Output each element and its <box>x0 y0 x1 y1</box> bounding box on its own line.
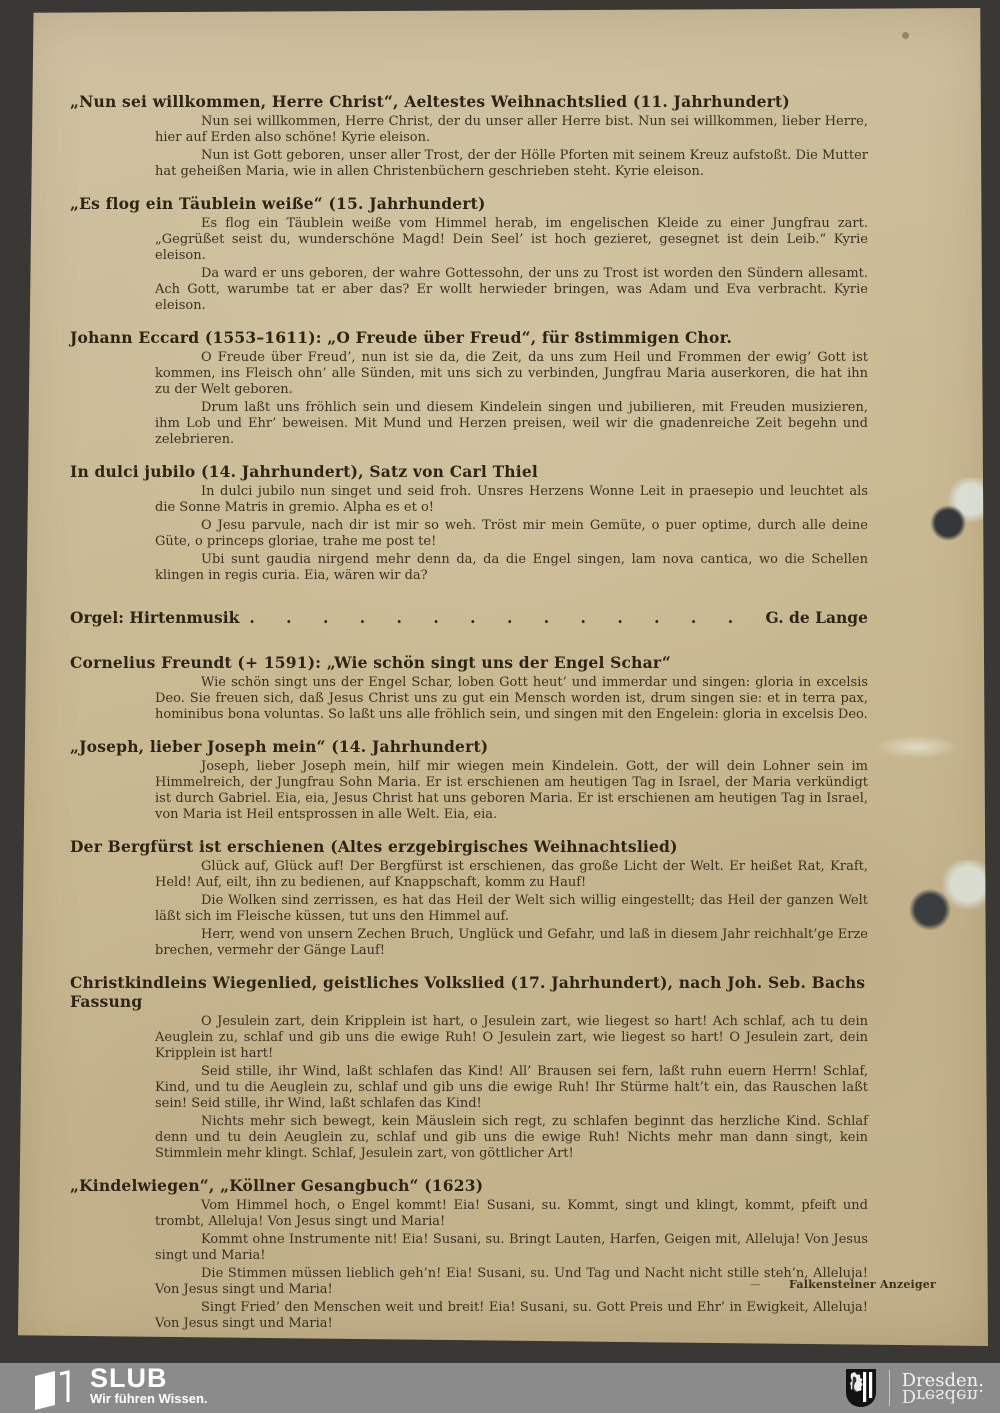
song-section: Der Bergfürst ist erschienen (Altes erzg… <box>70 837 868 959</box>
composer-name: G. de Lange <box>766 608 868 627</box>
song-title: „Joseph, lieber Joseph mein“ (14. Jahrhu… <box>70 737 868 756</box>
song-paragraph: O Jesulein zart, dein Kripplein ist hart… <box>155 1014 868 1062</box>
song-paragraph: Herr, wend von unsern Zechen Bruch, Ungl… <box>155 927 868 959</box>
song-title: „Kindelwiegen“, „Köllner Gesangbuch“ (16… <box>70 1176 868 1195</box>
song-paragraph: In dulci jubilo nun singet und seid froh… <box>155 484 868 516</box>
dresden-wordmark: Dresden. Dresden. <box>902 1373 984 1403</box>
song-section: „Joseph, lieber Joseph mein“ (14. Jahrhu… <box>70 737 868 823</box>
credit-dash: — <box>750 1278 761 1291</box>
song-section: In dulci jubilo (14. Jahrhundert), Satz … <box>70 462 868 584</box>
dresden-label-mirrored: Dresden. <box>902 1388 984 1403</box>
song-paragraph: Drum laßt uns fröhlich sein und diesem K… <box>155 400 868 448</box>
song-section: Johann Eccard (1553–1611): „O Freude übe… <box>70 328 868 448</box>
song-paragraph: Vom Himmel hoch, o Engel kommt! Eia! Sus… <box>155 1198 868 1230</box>
song-paragraph: Nichts mehr sich bewegt, kein Mäuslein s… <box>155 1114 868 1162</box>
song-paragraph: Nun ist Gott geboren, unser aller Trost,… <box>155 148 868 180</box>
song-paragraph: Seid stille, ihr Wind, laßt schlafen das… <box>155 1064 868 1112</box>
song-paragraph: O Freude über Freud’, nun ist sie da, di… <box>155 350 868 398</box>
dot-leader: . . . . . . . . . . . . . . . . . . . . … <box>239 608 765 627</box>
song-section: „Es flog ein Täublein weiße“ (15. Jahrhu… <box>70 194 868 314</box>
song-paragraph: Kommt ohne Instrumente nit! Eia! Susani,… <box>155 1232 868 1264</box>
slub-tagline: Wir führen Wissen. <box>90 1391 208 1406</box>
song-paragraph: Wie schön singt uns der Engel Schar, lob… <box>155 675 868 723</box>
song-paragraph: O Jesu parvule, nach dir ist mir so weh.… <box>155 518 868 550</box>
song-paragraph: Die Wolken sind zerrissen, es hat das He… <box>155 893 868 925</box>
document-page[interactable]: „Nun sei willkommen, Herre Christ“, Aelt… <box>18 8 988 1350</box>
song-paragraph: Glück auf, Glück auf! Der Bergfürst ist … <box>155 859 868 891</box>
dresden-coat-of-arms-icon <box>845 1368 877 1408</box>
song-paragraph: Es flog ein Täublein weiße vom Himmel he… <box>155 216 868 264</box>
slub-book-icon <box>30 1367 74 1411</box>
slub-name: SLUB <box>90 1365 208 1391</box>
song-title: In dulci jubilo (14. Jahrhundert), Satz … <box>70 462 868 481</box>
credit-text: Falkensteiner Anzeiger <box>789 1278 936 1291</box>
song-section: „Kindelwiegen“, „Köllner Gesangbuch“ (16… <box>70 1176 868 1332</box>
printer-credit: —Falkensteiner Anzeiger <box>750 1278 936 1291</box>
dresden-logo[interactable]: Dresden. Dresden. <box>845 1368 1000 1408</box>
logo-separator <box>889 1370 890 1406</box>
song-section: Christkindleins Wiegenlied, geistliches … <box>70 973 868 1162</box>
slub-logo[interactable]: SLUB Wir führen Wissen. <box>0 1365 208 1411</box>
song-title: Cornelius Freundt (+ 1591): „Wie schön s… <box>70 653 868 672</box>
song-paragraph: Joseph, lieber Joseph mein, hilf mir wie… <box>155 759 868 823</box>
song-section: „Nun sei willkommen, Herre Christ“, Aelt… <box>70 92 868 180</box>
song-title: „Es flog ein Täublein weiße“ (15. Jahrhu… <box>70 194 868 213</box>
song-paragraph: Da ward er uns geboren, der wahre Gottes… <box>155 266 868 314</box>
song-paragraph: Ubi sunt gaudia nirgend mehr denn da, da… <box>155 552 868 584</box>
viewer-footer: SLUB Wir führen Wissen. Dresden. Dresden… <box>0 1363 1000 1413</box>
song-paragraph: Nun sei willkommen, Herre Christ, der du… <box>155 114 868 146</box>
song-title: Der Bergfürst ist erschienen (Altes erzg… <box>70 837 868 856</box>
organ-piece-label: Orgel: Hirtenmusik <box>70 608 239 627</box>
song-paragraph: Singt Fried’ den Menschen weit und breit… <box>155 1300 868 1332</box>
slub-wordmark: SLUB Wir führen Wissen. <box>90 1365 208 1406</box>
program-organ-line: Orgel: Hirtenmusik . . . . . . . . . . .… <box>70 608 868 627</box>
song-title: Johann Eccard (1553–1611): „O Freude übe… <box>70 328 868 347</box>
song-title: „Nun sei willkommen, Herre Christ“, Aelt… <box>70 92 868 111</box>
song-title: Christkindleins Wiegenlied, geistliches … <box>70 973 868 1011</box>
page-content: „Nun sei willkommen, Herre Christ“, Aelt… <box>18 8 988 1350</box>
song-section: Cornelius Freundt (+ 1591): „Wie schön s… <box>70 653 868 723</box>
